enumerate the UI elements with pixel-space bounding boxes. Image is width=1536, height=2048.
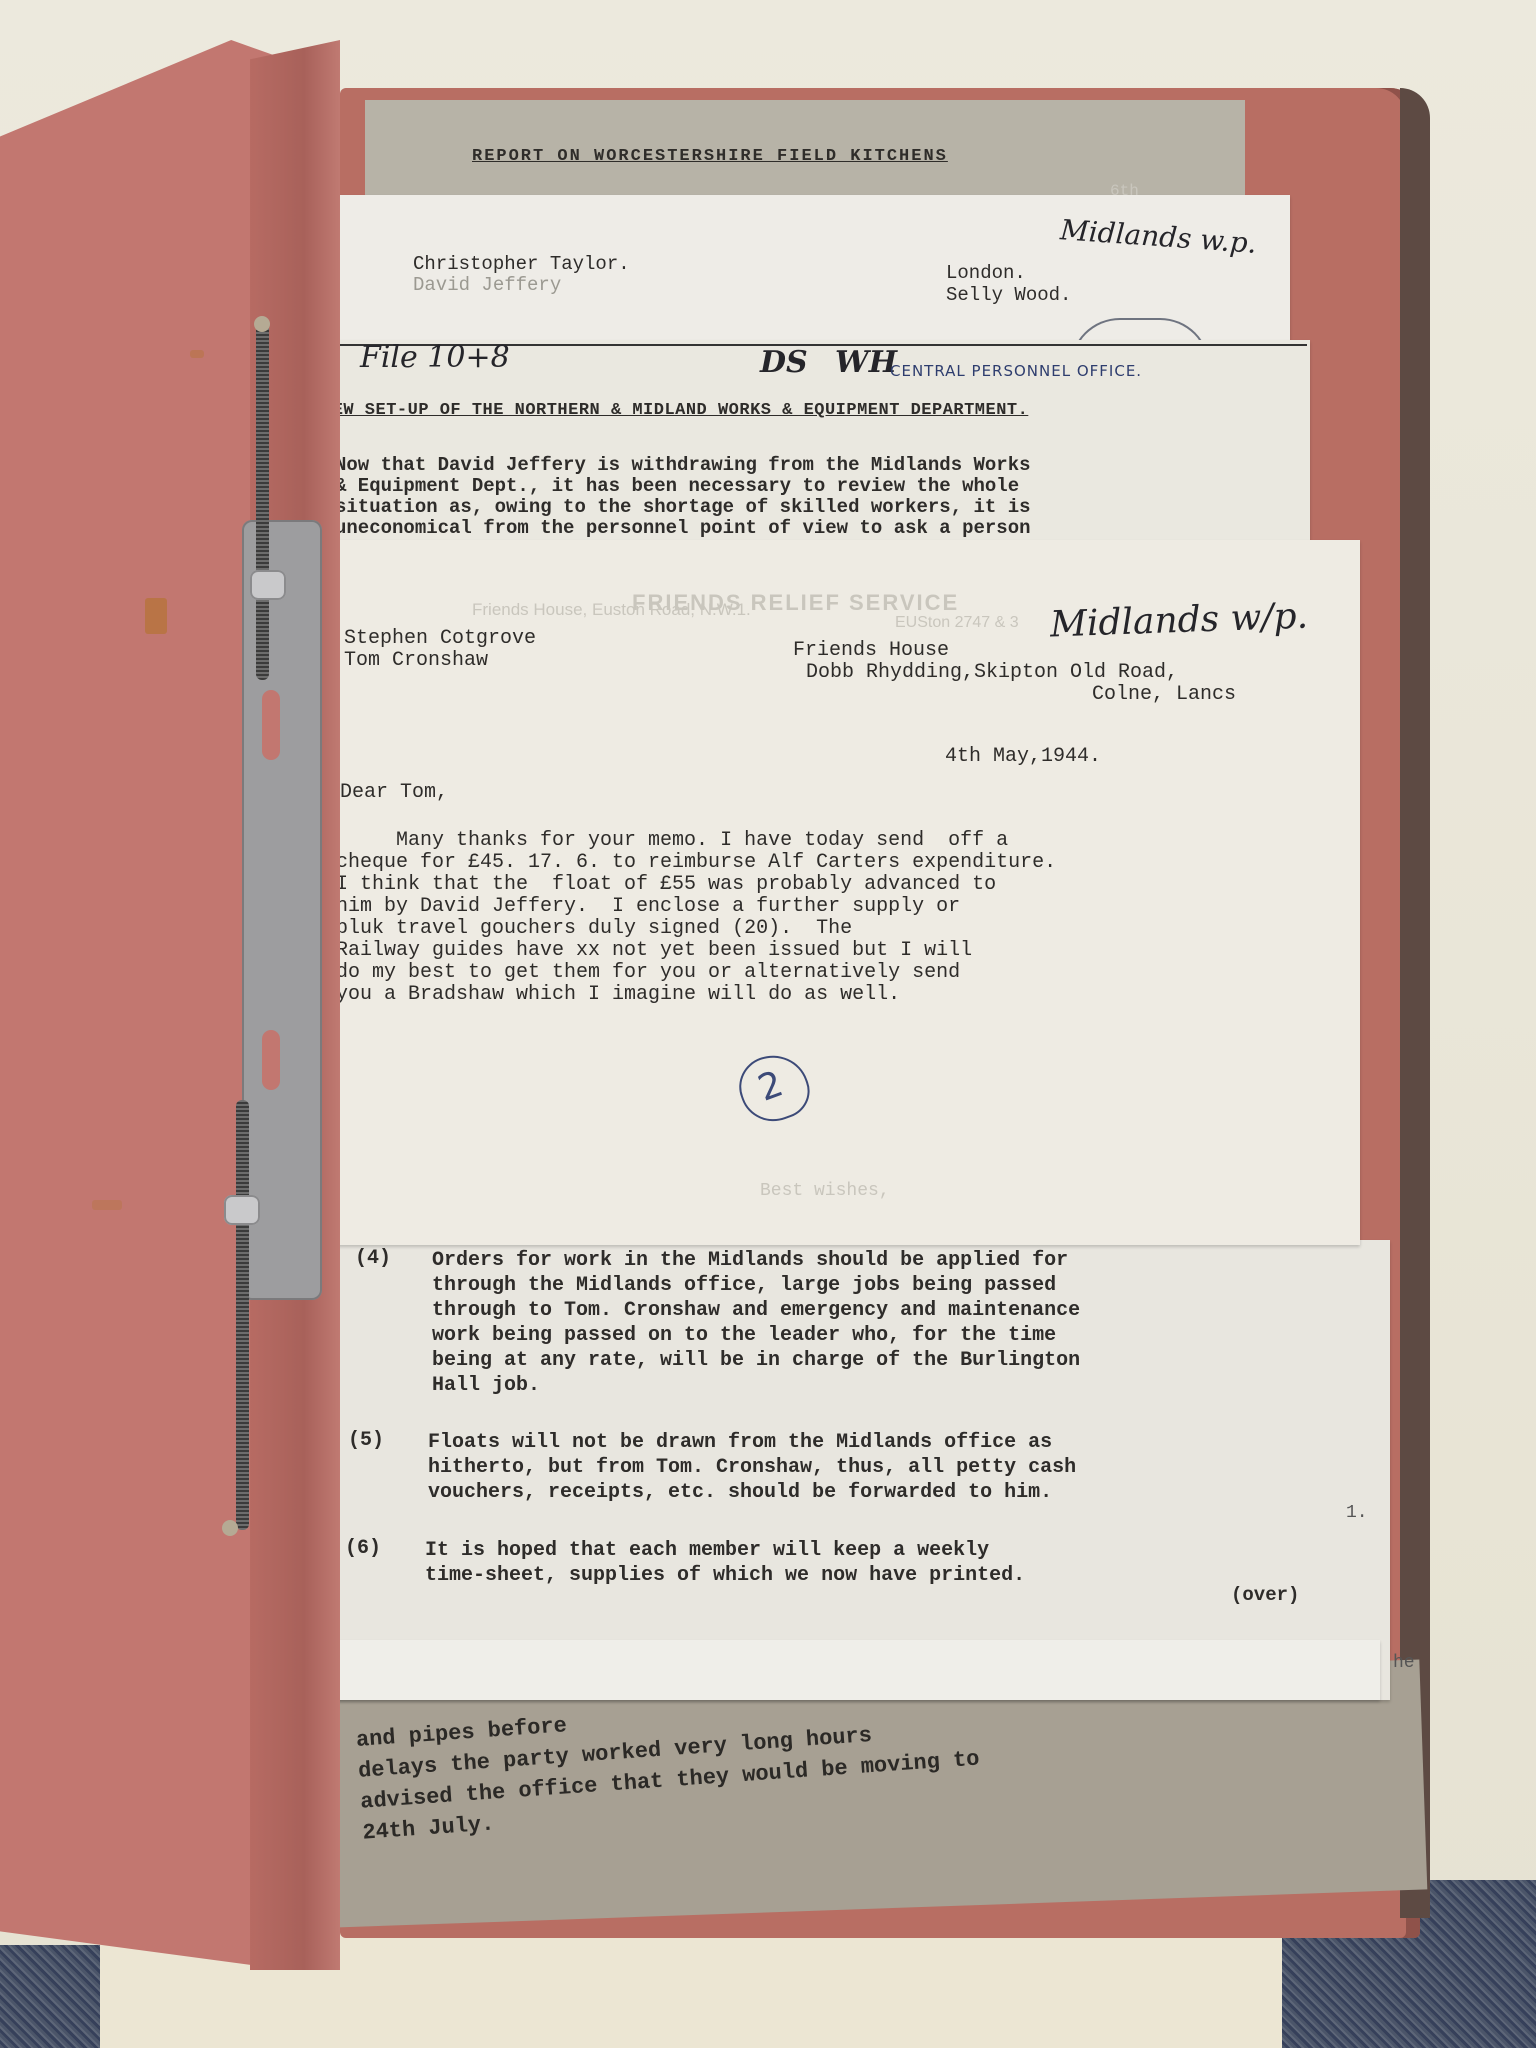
fastener-spring-top[interactable] [256,320,269,680]
letter-line: him by David Jeffery. I enclose a furthe… [336,896,1056,918]
over-label: (over) [1231,1584,1299,1606]
memo-line: Now that David Jeffery is withdrawing fr… [335,455,1031,476]
fastener-slot [262,1030,280,1090]
item-number: (4) [355,1248,391,1270]
item-body: It is hoped that each member will keep a… [425,1538,1025,1588]
letter-line: Railway guides have xx not yet been issu… [336,940,1056,962]
address-line-2: Dobb Rhydding,Skipton Old Road, [806,662,1178,684]
letter-line: cheque for £45. 17. 6. to reimburse Alf … [336,852,1056,874]
letter-line: I think that the float of £55 was probab… [336,874,1056,896]
circled-number: 2 [753,1063,789,1109]
ghost-closing: Best wishes, [760,1180,890,1202]
underlying-sheet [265,1640,1380,1700]
letter-line: bluk travel gouchers duly signed (20). T… [336,918,1056,940]
item-line: Floats will not be drawn from the Midlan… [428,1430,1076,1455]
item-line: through to Tom. Cronshaw and emergency a… [432,1298,1080,1323]
item-line: through the Midlands office, large jobs … [432,1273,1080,1298]
initials-annotation: DS [760,345,808,380]
memo-heading: NEW SET-UP OF THE NORTHERN & MIDLAND WOR… [322,400,1028,422]
folder-fastener-plate [242,520,322,1300]
fastener-clip[interactable] [224,1195,260,1225]
taylor-place-1: London. [946,262,1026,284]
item-line: being at any rate, will be in charge of … [432,1348,1080,1373]
taylor-place-2: Selly Wood. [946,284,1071,306]
letter-line: Many thanks for your memo. I have today … [336,830,1056,852]
letter-date: 4th May,1944. [945,746,1101,768]
spring-cap [222,1520,238,1536]
salutation: Dear Tom, [340,782,448,804]
memo-line: situation as, owing to the shortage of s… [335,497,1031,518]
report-title: REPORT ON WORCESTERSHIRE FIELD KITCHENS [472,147,948,166]
file-annotation: File 10+8 [360,340,510,375]
item-line: Orders for work in the Midlands should b… [432,1248,1080,1273]
taylor-name-2: David Jeffery [413,274,561,296]
edge-fragment: 1. [1346,1502,1368,1524]
edge-fragment: he [1393,1652,1415,1674]
item-line: Hall job. [432,1373,1080,1398]
address-line-1: Friends House [793,640,949,662]
sender-name: Stephen Cotgrove [344,628,536,650]
item-line: It is hoped that each member will keep a… [425,1538,1025,1563]
item-body: Orders for work in the Midlands should b… [432,1248,1080,1398]
fastener-slot [262,690,280,760]
item-line: vouchers, receipts, etc. should be forwa… [428,1480,1076,1505]
rust-stain [190,350,204,358]
memo-body: Now that David Jeffery is withdrawing fr… [335,455,1031,539]
office-annotation: CENTRAL PERSONNEL OFFICE. [890,362,1142,380]
address-line-3: Colne, Lancs [1092,684,1236,706]
letter-line: you a Bradshaw which I imagine will do a… [336,984,1056,1006]
memo-line: uneconomical from the personnel point of… [335,518,1031,539]
letter-body: Many thanks for your memo. I have today … [336,830,1056,1006]
item-number: (5) [348,1430,384,1452]
item-number: (6) [345,1538,381,1560]
letterhead-address: Friends House, Euston Road, N.W.1. [472,600,751,620]
letterhead-phone: EUSton 2747 & 3 [895,614,1019,632]
item-line: work being passed on to the leader who, … [432,1323,1080,1348]
taylor-name: Christopher Taylor. [413,253,630,275]
item-body: Floats will not be drawn from the Midlan… [428,1430,1076,1505]
fastener-clip[interactable] [250,570,286,600]
fastener-spring-bottom[interactable] [236,1100,249,1530]
spring-cap [254,316,270,332]
recipient-name: Tom Cronshaw [344,650,488,672]
carpet-left [0,1945,100,2048]
rust-stain [92,1200,122,1210]
initials-annotation: WH [835,345,897,380]
item-line: hitherto, but from Tom. Cronshaw, thus, … [428,1455,1076,1480]
rust-stain [145,598,167,634]
item-line: time-sheet, supplies of which we now hav… [425,1563,1025,1588]
letter-line: do my best to get them for you or altern… [336,962,1056,984]
folder-back-edge [1400,88,1430,1918]
memo-line: & Equipment Dept., it has been necessary… [335,476,1031,497]
